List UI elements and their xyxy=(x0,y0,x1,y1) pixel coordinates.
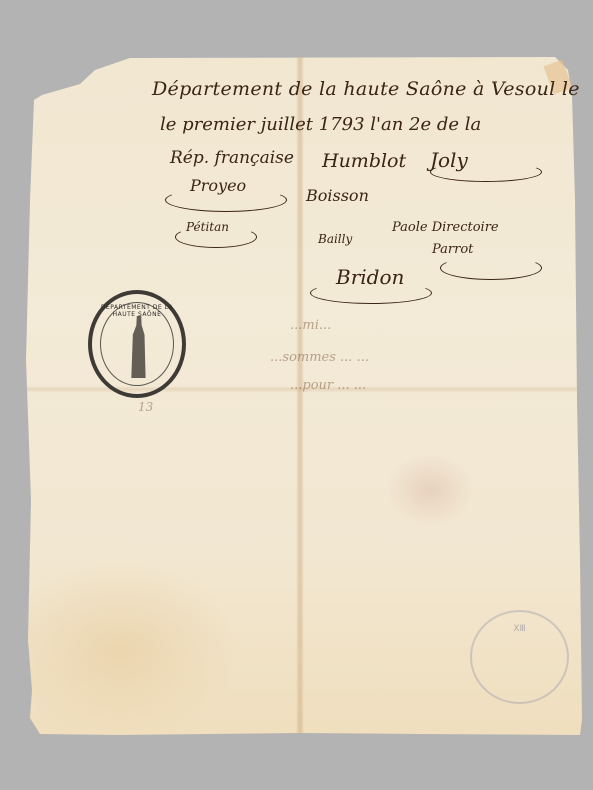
seal-text: DÉPARTEMENT DE LA HAUTE SAÔNE xyxy=(92,304,182,318)
faded-line: ...sommes ... ... xyxy=(270,350,369,365)
faint-stamp: ⅩⅢ xyxy=(470,610,569,704)
department-seal: DÉPARTEMENT DE LA HAUTE SAÔNE xyxy=(88,290,186,398)
signature-flourish xyxy=(430,162,542,182)
faded-line: ...mi... xyxy=(290,318,331,333)
signature-flourish xyxy=(310,282,432,304)
signature-flourish xyxy=(440,256,542,280)
heading-line-1: Département de la haute Saône à Vesoul l… xyxy=(152,78,580,100)
heading-line-2: le premier juillet 1793 l'an 2e de la xyxy=(160,114,481,135)
signature-flourish xyxy=(175,226,257,248)
signature-boisson: Boisson xyxy=(306,186,369,205)
margin-note: 13 xyxy=(138,400,153,414)
signature-directoire: Paole Directoire xyxy=(392,220,499,235)
faint-stamp-text: ⅩⅢ xyxy=(472,624,567,634)
signature-bailly: Bailly xyxy=(318,232,352,246)
signature-humblot: Humblot xyxy=(322,150,406,172)
signature-parrot: Parrot xyxy=(432,242,473,257)
heading-line-3: Rép. française xyxy=(170,148,294,168)
signature-flourish xyxy=(165,188,287,212)
faded-line: ...pour ... ... xyxy=(290,378,366,393)
